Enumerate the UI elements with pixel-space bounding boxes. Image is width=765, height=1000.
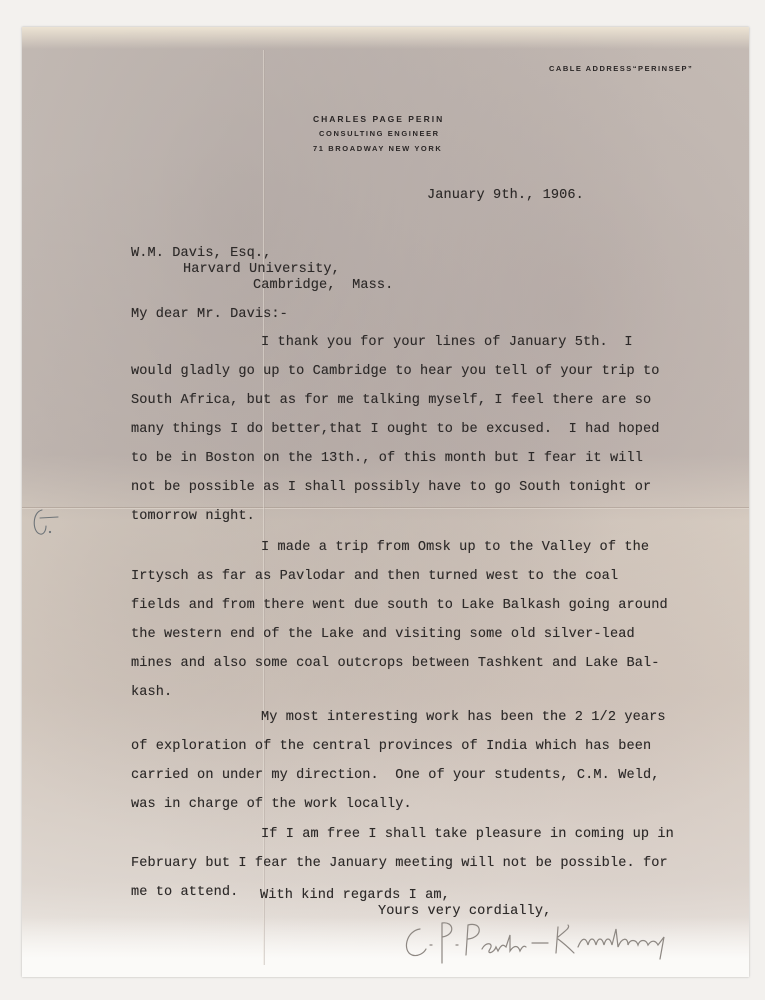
paragraph-line: would gladly go up to Cambridge to hear … bbox=[131, 357, 659, 386]
letterhead-address: 71 BROADWAY NEW YORK bbox=[313, 144, 442, 153]
paragraph-line: not be possible as I shall possibly have… bbox=[131, 473, 659, 502]
closing-regards: With kind regards I am, bbox=[260, 888, 450, 904]
paragraph-line: carried on under my direction. One of yo… bbox=[131, 761, 666, 790]
paragraph-line: of exploration of the central provinces … bbox=[131, 732, 666, 761]
paragraph-1: I thank you for your lines of January 5t… bbox=[131, 328, 659, 531]
paragraph-line: February but I fear the January meeting … bbox=[131, 849, 674, 878]
paragraph-line: Irtysch as far as Pavlodar and then turn… bbox=[131, 562, 668, 591]
paragraph-line: South Africa, but as for me talking myse… bbox=[131, 386, 659, 415]
recipient-city: Cambridge, Mass. bbox=[253, 278, 393, 294]
cable-address: CABLE ADDRESS“PERINSEP” bbox=[549, 64, 693, 73]
paragraph-line: the western end of the Lake and visiting… bbox=[131, 620, 668, 649]
paragraph-line: If I am free I shall take pleasure in co… bbox=[131, 820, 674, 849]
letter-date: January 9th., 1906. bbox=[427, 181, 584, 210]
paragraph-line: to be in Boston on the 13th., of this mo… bbox=[131, 444, 659, 473]
paragraph-line: I made a trip from Omsk up to the Valley… bbox=[131, 533, 668, 562]
margin-annotation-pencil-mark bbox=[30, 508, 64, 538]
recipient-institution: Harvard University, bbox=[183, 262, 340, 278]
paragraph-line: was in charge of the work locally. bbox=[131, 790, 666, 819]
letterhead-title: CONSULTING ENGINEER bbox=[319, 129, 440, 138]
paragraph-3: My most interesting work has been the 2 … bbox=[131, 703, 666, 819]
handwritten-signature bbox=[398, 915, 688, 965]
salutation: My dear Mr. Davis:- bbox=[131, 300, 288, 329]
paragraph-line: mines and also some coal outcrops betwee… bbox=[131, 649, 668, 678]
letterhead-name: CHARLES PAGE PERIN bbox=[313, 114, 444, 124]
paragraph-line: fields and from there went due south to … bbox=[131, 591, 668, 620]
paragraph-line: many things I do better,that I ought to … bbox=[131, 415, 659, 444]
paragraph-line: My most interesting work has been the 2 … bbox=[131, 703, 666, 732]
paragraph-line: tomorrow night. bbox=[131, 502, 659, 531]
paragraph-2: I made a trip from Omsk up to the Valley… bbox=[131, 533, 668, 707]
recipient-name: W.M. Davis, Esq., bbox=[131, 246, 271, 262]
paragraph-line: I thank you for your lines of January 5t… bbox=[131, 328, 659, 357]
